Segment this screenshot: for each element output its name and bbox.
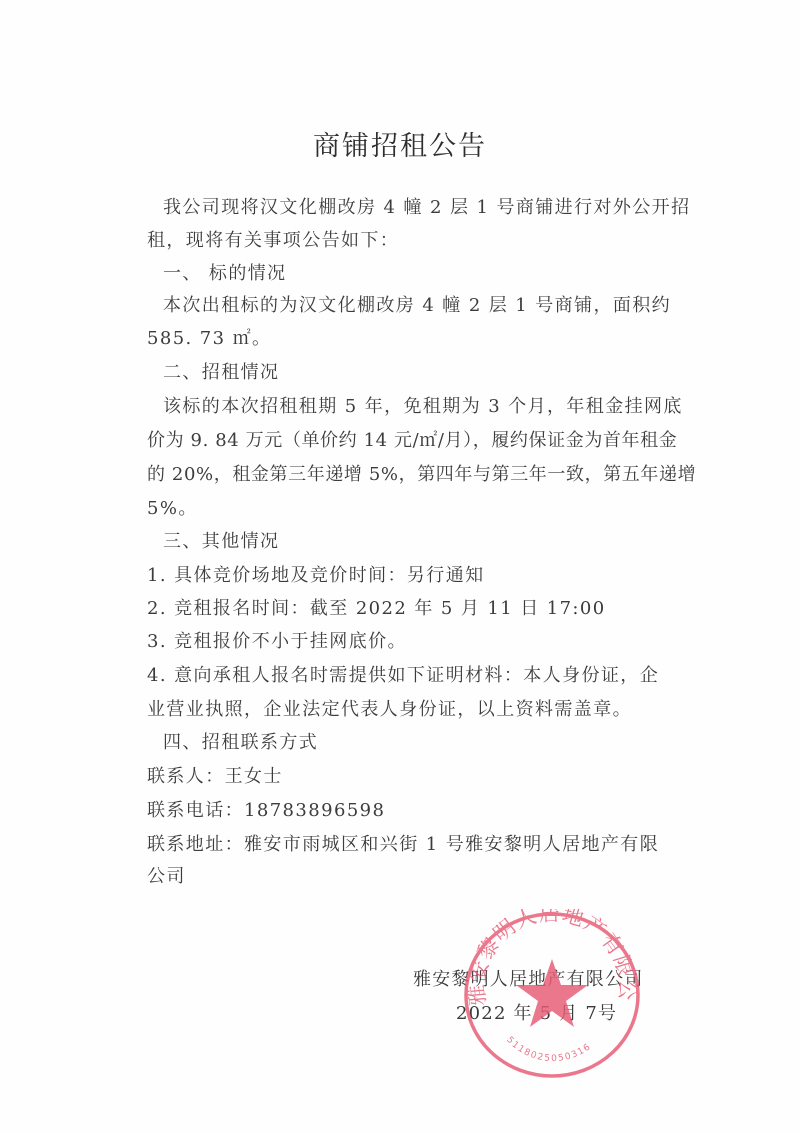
seal-code: 5118025050316 — [504, 1035, 593, 1064]
contact-person: 联系人：王女士 — [147, 766, 283, 788]
document-title: 商铺招租公告 — [0, 124, 800, 163]
section-3-item-4-continued: 业营业执照，企业法定代表人身份证，以上资料需盖章。 — [147, 699, 632, 721]
seal-text: 雅安黎明人居地产有限公司 — [462, 909, 639, 1007]
section-1-line-1: 本次出租标的为汉文化棚改房 4 幢 2 层 1 号商铺，面积约 — [163, 295, 671, 317]
section-2-line-4: 5%。 — [147, 498, 198, 520]
svg-text:雅安黎明人居地产有限公司: 雅安黎明人居地产有限公司 — [462, 909, 639, 1007]
section-1-line-2: 585. 73 ㎡。 — [147, 328, 271, 350]
intro-line-1: 我公司现将汉文化棚改房 4 幢 2 层 1 号商铺进行对外公开招 — [163, 197, 690, 219]
section-1-heading: 一、 标的情况 — [163, 263, 287, 285]
signature-company: 雅安黎明人居地产有限公司 — [413, 969, 643, 991]
company-seal-icon: 雅安黎明人居地产有限公司 5118025050316 — [462, 909, 642, 1081]
contact-address-line-1: 联系地址：雅安市雨城区和兴街 1 号雅安黎明人居地产有限 — [147, 834, 659, 856]
section-2-line-1: 该标的本次招租租期 5 年，免租期为 3 个月，年租金挂网底 — [163, 396, 683, 418]
intro-line-2: 租，现将有关事项公告如下： — [147, 230, 399, 252]
notice-page: 商铺招租公告 我公司现将汉文化棚改房 4 幢 2 层 1 号商铺进行对外公开招 … — [0, 0, 800, 1132]
contact-phone: 联系电话：18783896598 — [147, 800, 385, 822]
section-3-heading: 三、其他情况 — [163, 531, 279, 553]
svg-text:5118025050316: 5118025050316 — [504, 1035, 593, 1064]
contact-address-line-2: 公司 — [147, 866, 186, 888]
section-3-item-3: 3. 竞租报价不小于挂网底价。 — [147, 631, 407, 653]
section-3-item-1: 1. 具体竞价场地及竞价时间：另行通知 — [147, 565, 485, 587]
section-2-line-3: 的 20%，租金第三年递增 5%，第四年与第三年一致，第五年递增 — [147, 464, 696, 486]
section-3-item-4: 4. 意向承租人报名时需提供如下证明材料：本人身份证，企 — [147, 665, 659, 687]
signature-date: 2022 年 5 月 7号 — [456, 1003, 617, 1025]
section-2-heading: 二、招租情况 — [163, 362, 279, 384]
section-4-heading: 四、招租联系方式 — [163, 732, 318, 754]
section-3-item-2: 2. 竞租报名时间：截至 2022 年 5 月 11 日 17:00 — [147, 598, 606, 620]
section-2-line-2: 价为 9. 84 万元（单价约 14 元/㎡/月），履约保证金为首年租金 — [147, 430, 677, 452]
